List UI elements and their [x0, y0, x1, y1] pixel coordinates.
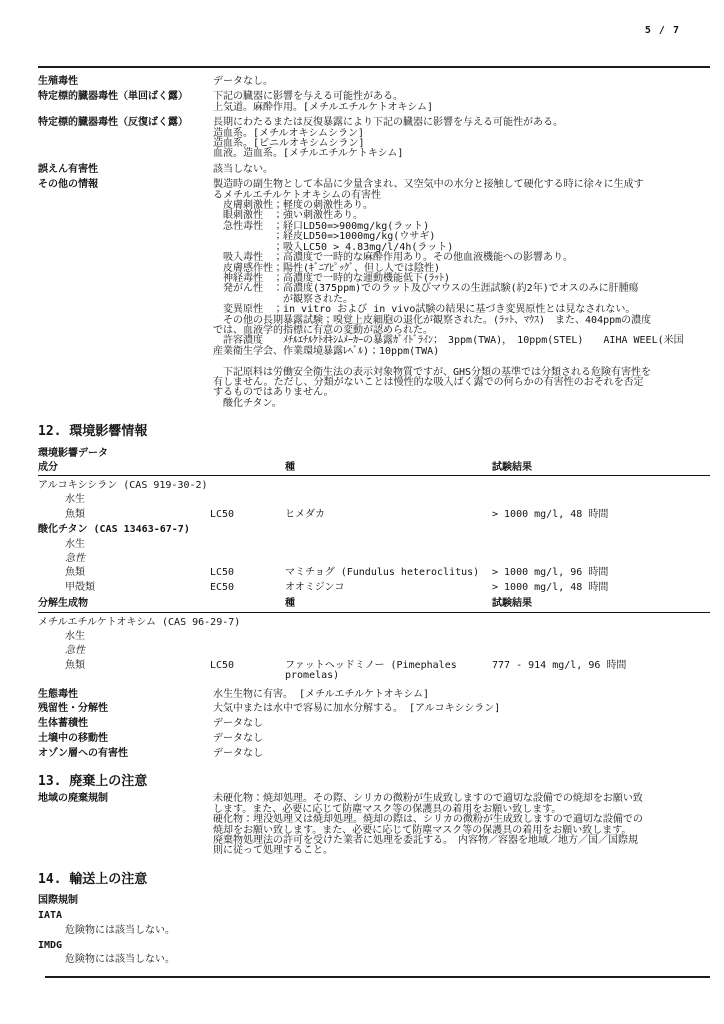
row-persistence-degradability: 残留性・分解性 大気中または水中で容易に加水分解する。 [アルコキシシラン]: [38, 704, 710, 714]
cell-category: 水生: [38, 632, 210, 642]
cell-test-result: > 1000 mg/l, 96 時間: [492, 568, 710, 578]
row-value: 未硬化物：焼却処理。その際、シリカの微粉が生成致しますので適切な設備での焼却をお…: [213, 794, 710, 856]
cell-category: 急性: [38, 646, 210, 656]
row-stot-single-exposure: 特定標的臓器毒性（単回ばく露） 下記の臓器に影響を与える可能性がある。上気道。麻…: [38, 92, 710, 113]
top-divider: [38, 66, 710, 68]
cell-endpoint: LC50: [210, 568, 285, 578]
row-value: データなし: [213, 734, 710, 744]
cell-organism: 魚類: [38, 661, 210, 682]
table-row: 魚類 LC50 ヒメダカ > 1000 mg/l, 48 時間: [38, 510, 710, 520]
row-value: 該当しない。: [213, 165, 710, 175]
toxicity-section: 生殖毒性 データなし。 特定標的臓器毒性（単回ばく露） 下記の臓器に影響を与える…: [38, 77, 710, 409]
column-header-species: 種: [285, 463, 492, 473]
substance-name: 酸化チタン (CAS 13463-67-7): [38, 525, 710, 535]
cell-endpoint: LC50: [210, 661, 285, 682]
table-row: 急性: [38, 554, 710, 564]
row-reproductive-toxicity: 生殖毒性 データなし。: [38, 77, 710, 87]
regulation-code-imdg: IMDG: [38, 941, 710, 951]
row-label: 地域の廃棄規制: [38, 794, 213, 856]
row-label: その他の情報: [38, 180, 213, 409]
row-label: 誤えん有害性: [38, 165, 213, 175]
cell-test-result: > 1000 mg/l, 48 時間: [492, 583, 710, 593]
cell-test-result: > 1000 mg/l, 48 時間: [492, 510, 710, 520]
row-label: 生体蓄積性: [38, 719, 213, 729]
row-ecotoxicity: 生態毒性 水生生物に有害。 [メチルエチルケトオキシム]: [38, 690, 710, 700]
row-value: 水生生物に有害。 [メチルエチルケトオキシム]: [213, 690, 710, 700]
row-label: オゾン層への有害性: [38, 749, 213, 759]
table-row: 水生: [38, 495, 710, 505]
row-value: データなし。: [213, 77, 710, 87]
row-label: 生態毒性: [38, 690, 213, 700]
row-bioaccumulation: 生体蓄積性 データなし: [38, 719, 710, 729]
section-12-title: 12. 環境影響情報: [38, 425, 710, 439]
cell-species: マミチョグ (Fundulus heteroclitus): [285, 568, 492, 578]
substance-name: メチルエチルケトオキシム (CAS 96-29-7): [38, 618, 710, 628]
cell-test-result: 777 - 914 mg/l, 96 時間: [492, 661, 710, 682]
row-value: データなし: [213, 719, 710, 729]
row-value: 長期にわたるまたは反復暴露により下記の臓器に影響を与える可能性がある。造血系。[…: [213, 118, 710, 160]
table-row: 魚類 LC50 マミチョグ (Fundulus heteroclitus) > …: [38, 568, 710, 578]
table-row: 水生: [38, 632, 710, 642]
row-stot-repeated-exposure: 特定標的臓器毒性（反復ばく露） 長期にわたるまたは反復暴露により下記の臓器に影響…: [38, 118, 710, 160]
cell-category: 急性: [38, 554, 210, 564]
section-13-title: 13. 廃棄上の注意: [38, 775, 710, 789]
column-header-test-result: 試験結果: [492, 599, 710, 609]
page-number: 5 / 7: [645, 26, 680, 36]
row-mobility-in-soil: 土壌中の移動性 データなし: [38, 734, 710, 744]
eco-table-header-decomposition: 分解生成物 種 試験結果: [38, 599, 710, 612]
row-local-disposal-regulation: 地域の廃棄規制 未硬化物：焼却処理。その際、シリカの微粉が生成致しますので適切な…: [38, 794, 710, 856]
cell-organism: 甲殻類: [38, 583, 210, 593]
table-row: 水生: [38, 540, 710, 550]
table-row: 甲殻類 EC50 オオミジンコ > 1000 mg/l, 48 時間: [38, 583, 710, 593]
cell-category: 水生: [38, 495, 210, 505]
row-aspiration-hazard: 誤えん有害性 該当しない。: [38, 165, 710, 175]
column-header-test-result: 試験結果: [492, 463, 710, 473]
international-regulation-heading: 国際規制: [38, 896, 710, 906]
row-value: 下記の臓器に影響を与える可能性がある。上気道。麻酔作用。[メチルエチルケトオキシ…: [213, 92, 710, 113]
row-label: 特定標的臓器毒性（単回ばく露）: [38, 92, 213, 113]
row-label: 土壌中の移動性: [38, 734, 213, 744]
regulation-status: 危険物には該当しない。: [38, 926, 710, 936]
row-label: 生殖毒性: [38, 77, 213, 87]
row-ozone-layer-hazard: オゾン層への有害性 データなし: [38, 749, 710, 759]
cell-organism: 魚類: [38, 568, 210, 578]
cell-species: ファットヘッドミノー (Pimephales promelas): [285, 661, 492, 682]
eco-table-header-components: 成分 種 試験結果: [38, 463, 710, 476]
regulation-status: 危険物には該当しない。: [38, 955, 710, 965]
section-14-title: 14. 輸送上の注意: [38, 873, 710, 887]
cell-endpoint: EC50: [210, 583, 285, 593]
eco-properties: 生態毒性 水生生物に有害。 [メチルエチルケトオキシム] 残留性・分解性 大気中…: [38, 690, 710, 760]
bottom-divider: [45, 976, 710, 978]
cell-species: ヒメダカ: [285, 510, 492, 520]
table-row: 魚類 LC50 ファットヘッドミノー (Pimephales promelas)…: [38, 661, 710, 682]
row-other-information: その他の情報 製造時の副生物として本品に少量含まれ、又空気中の水分と接触して硬化…: [38, 180, 710, 409]
row-value: 製造時の副生物として本品に少量含まれ、又空気中の水分と接触して硬化する時に徐々に…: [213, 180, 710, 409]
row-label: 残留性・分解性: [38, 704, 213, 714]
row-value: 大気中または水中で容易に加水分解する。 [アルコキシシラン]: [213, 704, 710, 714]
cell-category: 水生: [38, 540, 210, 550]
column-header-component: 成分: [38, 463, 285, 473]
eco-data-subtitle: 環境影響データ: [38, 449, 710, 459]
cell-organism: 魚類: [38, 510, 210, 520]
regulation-code-iata: IATA: [38, 911, 710, 921]
row-label: 特定標的臓器毒性（反復ばく露）: [38, 118, 213, 160]
row-value: データなし: [213, 749, 710, 759]
sds-document-page: 5 / 7 生殖毒性 データなし。 特定標的臓器毒性（単回ばく露） 下記の臓器に…: [0, 0, 724, 1024]
column-header-decomposition-product: 分解生成物: [38, 599, 285, 609]
table-row: 急性: [38, 646, 710, 656]
substance-name: アルコキシシラン (CAS 919-30-2): [38, 481, 710, 491]
cell-species: オオミジンコ: [285, 583, 492, 593]
column-header-species: 種: [285, 599, 492, 609]
cell-endpoint: LC50: [210, 510, 285, 520]
